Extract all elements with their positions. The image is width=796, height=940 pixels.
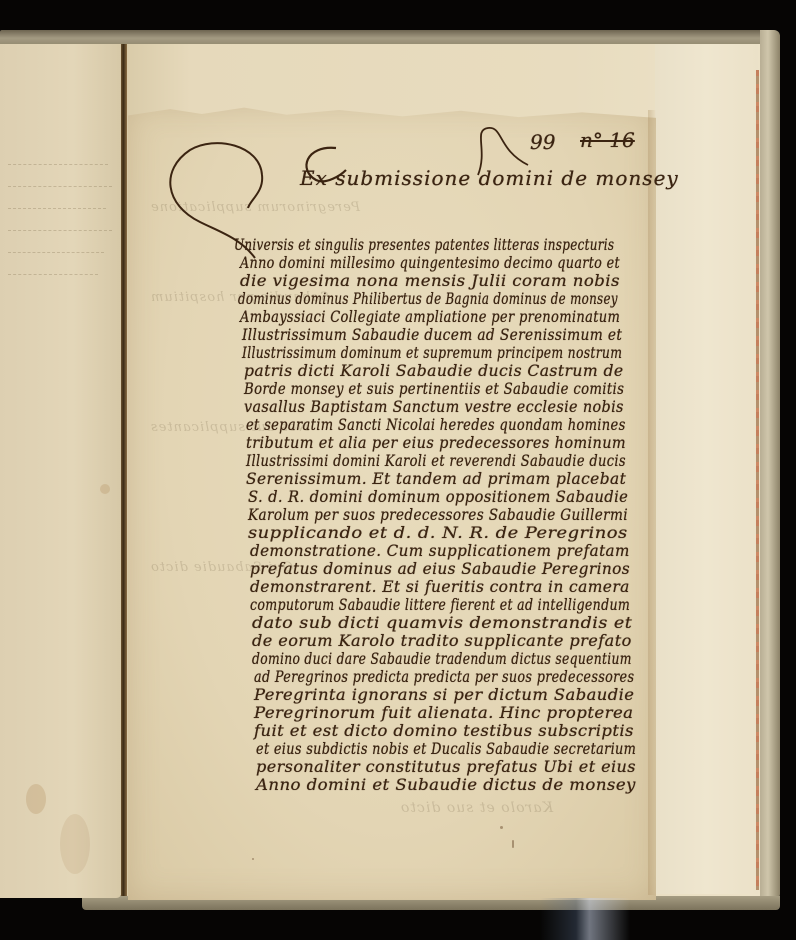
text-line: ad Peregrinos predicta predicta per suos… [254, 668, 634, 686]
text-line: personaliter constitutus prefatus Ubi et… [256, 758, 636, 776]
text-line: prefatus dominus ad eius Sabaudie Peregr… [250, 560, 630, 578]
text-line: Peregrinta ignorans si per dictum Sabaud… [254, 686, 634, 704]
text-line: et eius subdictis nobis et Ducalis Sabau… [256, 740, 636, 758]
text-line: demonstrarent. Et si fueritis contra in … [250, 578, 630, 596]
bleed-text: Karolo et suo dicto [400, 800, 553, 816]
bleed-line [8, 208, 106, 210]
dust-speck [512, 840, 514, 848]
text-line: Illustrissimum Sabaudie ducem ad Serenis… [242, 326, 622, 344]
text-line: S. d. R. domini dominum oppositionem Sab… [248, 488, 628, 506]
text-line: vasallus Baptistam Sanctum vestre eccles… [244, 398, 624, 416]
text-line: Serenissimum. Et tandem ad primam placeb… [246, 470, 626, 488]
text-line: de eorum Karolo tradito supplicante pref… [252, 632, 632, 650]
text-line: Karolum per suos predecessores Sabaudie … [248, 506, 628, 524]
dust-speck [252, 858, 254, 860]
left-page [0, 44, 122, 898]
text-line: Universis et singulis presentes patentes… [234, 236, 614, 254]
text-line: computorum Sabaudie littere fierent et a… [250, 596, 630, 614]
text-line: fuit et est dicto domino testibus subscr… [254, 722, 634, 740]
red-page-edge [756, 70, 759, 890]
text-line: Anno domini millesimo quingentesimo deci… [240, 254, 620, 272]
manuscript-photo: Peregrinorum supplicatione Sabaudie per … [0, 0, 796, 940]
bleed-line [8, 252, 104, 254]
leaf-edge [648, 110, 656, 895]
bleed-line [8, 230, 112, 232]
bleed-line [8, 274, 98, 276]
bleed-text: Peregrinorum supplicatione [150, 200, 360, 215]
text-line: patris dicti Karoli Sabaudie ducis Castr… [244, 362, 624, 380]
bleed-line [8, 186, 112, 188]
text-line: domino duci dare Sabaudie tradendum dict… [252, 650, 632, 668]
text-line: demonstratione. Cum supplicationem prefa… [250, 542, 630, 560]
text-line: Peregrinorum fuit alienata. Hinc propter… [254, 704, 633, 722]
bleed-line [8, 164, 108, 166]
reflection-glare [540, 898, 630, 940]
folio-number: 99 [530, 130, 555, 154]
folio-number-struck: n° 16 [580, 128, 635, 152]
stain [26, 784, 46, 814]
text-line: Ambayssiaci Collegiate ampliatione per p… [240, 308, 620, 326]
text-line: et separatim Sancti Nicolai heredes quon… [246, 416, 626, 434]
text-line: Illustrissimi domini Karoli et reverendi… [246, 452, 626, 470]
text-line: die vigesima nona mensis Julii coram nob… [240, 272, 620, 290]
text-line: dominus dominus Philibertus de Bagnia do… [238, 290, 618, 308]
text-line: tributum et alia per eius predecessores … [246, 434, 626, 452]
stain [100, 484, 110, 494]
binding-cover-right [760, 30, 780, 900]
stain [60, 814, 90, 874]
text-line: Borde monsey et suis pertinentiis et Sab… [244, 380, 624, 398]
text-line: dato sub dicti quamvis demonstrandis et [252, 614, 632, 632]
document-heading: Ex submissione domini de monsey [300, 166, 679, 190]
text-line: supplicando et d. d. N. R. de Peregrinos [248, 524, 628, 542]
text-line: Anno domini et Subaudie dictus de monsey [256, 776, 636, 794]
text-line: Illustrissimum dominum et supremum princ… [242, 344, 622, 362]
dust-speck [500, 826, 503, 829]
